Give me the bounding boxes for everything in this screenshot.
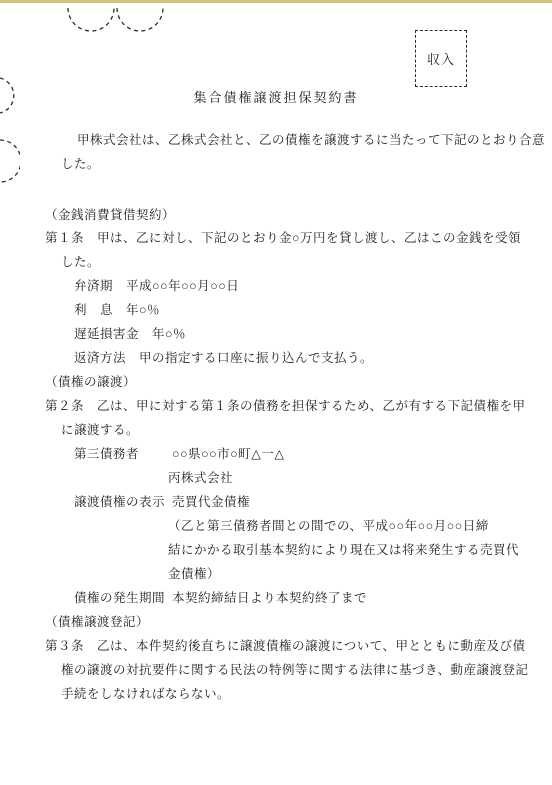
assigned-claim-note-1: （乙と第三債務者間との間での、平成○○年○○月○○日締 — [168, 519, 489, 533]
loan-item-late-damages: 遅延損害金 年○％ — [74, 327, 186, 341]
article3-line-1: 第３条 乙は、本件契約後直ちに譲渡債権の譲渡について、甲とともに動産及び債 — [45, 639, 526, 653]
intro-line-2: した。 — [61, 157, 100, 171]
document-title: 集合債権譲渡担保契約書 — [0, 87, 552, 106]
binding-holes-top-icon — [0, 0, 200, 40]
claim-period-value: 本契約締結日より本契約終了まで — [172, 591, 367, 605]
assigned-claim-label: 譲渡債権の表示 — [74, 495, 168, 509]
third-debtor-label: 第三債務者 — [74, 447, 168, 461]
page-top-edge-bar — [0, 0, 552, 3]
assigned-claim-note-3: 金債権） — [168, 567, 220, 581]
section1-heading: （金銭消費貸借契約） — [45, 208, 175, 222]
section3-heading: （債権譲渡登記） — [45, 615, 149, 629]
article1-line-1: 第１条 甲は、乙に対し、下記のとおり金○万円を貸し渡し、乙はこの金銭を受領 — [45, 231, 521, 245]
article2-line-1: 第２条 乙は、甲に対する第１条の債務を担保するため、乙が有する下記債権を甲 — [45, 399, 526, 413]
third-debtor-row: 第三債務者 ○○県○○市○町△一△ — [74, 447, 284, 461]
article2-line-2: に譲渡する。 — [61, 423, 139, 437]
claim-period-row: 債権の発生期間 本契約締結日より本契約終了まで — [74, 591, 367, 605]
article3-line-3: 手続をしなければならない。 — [61, 687, 230, 701]
contract-page: 収入 集合債権譲渡担保契約書 甲株式会社は、乙株式会社と、乙の債権を譲渡するに当… — [0, 0, 552, 785]
revenue-stamp-label: 収入 — [427, 49, 455, 68]
section2-heading: （債権の譲渡） — [45, 375, 136, 389]
assigned-claim-note-2: 結にかかる取引基本契約により現在又は将来発生する売買代 — [168, 543, 519, 557]
binding-arc-icon — [68, 8, 114, 31]
revenue-stamp-box: 収入 — [415, 30, 467, 87]
binding-arc-icon — [117, 8, 163, 31]
third-debtor-address: ○○県○○市○町△一△ — [172, 447, 284, 461]
article3-line-2: 権の譲渡の対抗要件に関する民法の特例等に関する法律に基づき、動産譲渡登記 — [61, 663, 529, 677]
loan-item-repayment-date: 弁済期 平成○○年○○月○○日 — [74, 279, 239, 293]
binding-holes-left-icon — [0, 0, 20, 220]
assigned-claim-row: 譲渡債権の表示 売買代金債権 — [74, 495, 250, 509]
loan-item-interest: 利 息 年○％ — [74, 303, 160, 317]
intro-line-1: 甲株式会社は、乙株式会社と、乙の債権を譲渡するに当たって下記のとおり合意 — [77, 133, 545, 147]
claim-period-label: 債権の発生期間 — [74, 591, 168, 605]
article1-line-2: した。 — [61, 255, 100, 269]
binding-arc-icon — [0, 140, 20, 182]
loan-item-repayment-method: 返済方法 甲の指定する口座に振り込んで支払う。 — [74, 351, 373, 365]
third-debtor-name: 丙株式会社 — [168, 471, 233, 485]
assigned-claim-value: 売買代金債権 — [172, 495, 250, 509]
